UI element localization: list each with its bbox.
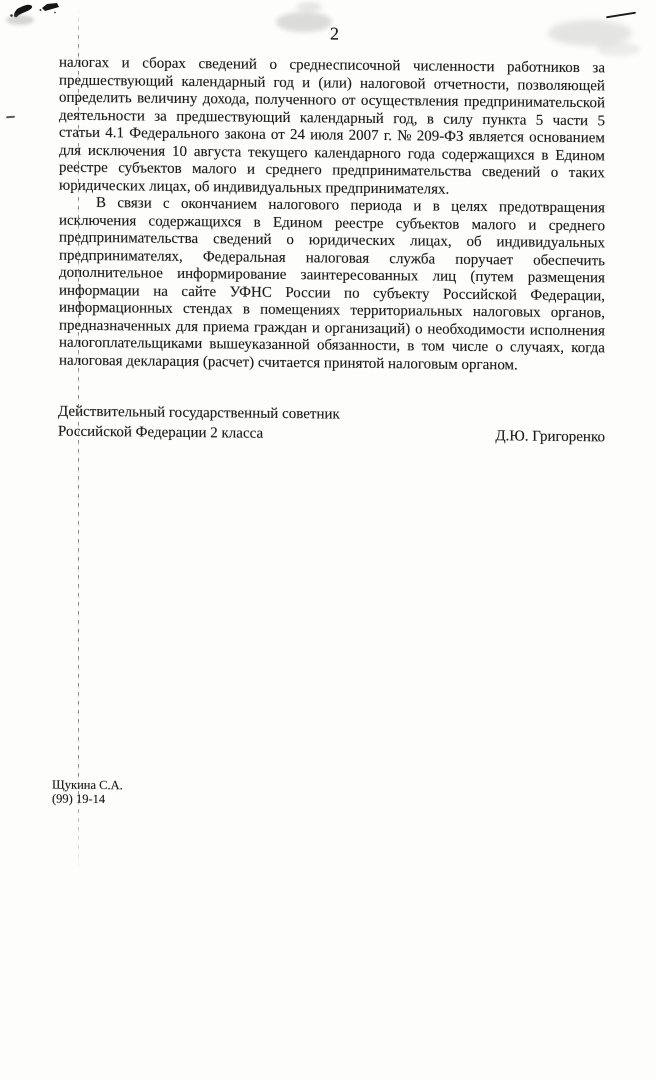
smudge-artifact xyxy=(596,42,640,56)
smudge-artifact xyxy=(296,2,322,12)
letter-body: налогахисборахсведенийосреднесписочнойчи… xyxy=(59,55,605,376)
page-number: 2 xyxy=(330,24,339,42)
paragraph: налогахисборахсведенийосреднесписочнойчи… xyxy=(59,55,605,201)
paragraph: Всвязисокончаниемналоговогопериодаивцеля… xyxy=(59,195,605,376)
scanned-letter-page: 2 налогахисборахсведенийосреднесписочной… xyxy=(0,0,656,1080)
executor-info: Щукина С.А. (99) 19-14 xyxy=(52,778,123,807)
smudge-artifact xyxy=(276,12,332,32)
page-content: 2 налогахисборахсведенийосреднесписочной… xyxy=(0,0,656,1080)
signature-block: Действительный государственный советник … xyxy=(58,403,605,448)
executor-phone: (99) 19-14 xyxy=(52,792,123,807)
executor-name: Щукина С.А. xyxy=(52,778,123,793)
smudge-artifact xyxy=(6,15,34,25)
signatory-name: Д.Ю. Григоренко xyxy=(495,427,605,448)
fold-line-artifact xyxy=(78,8,79,872)
